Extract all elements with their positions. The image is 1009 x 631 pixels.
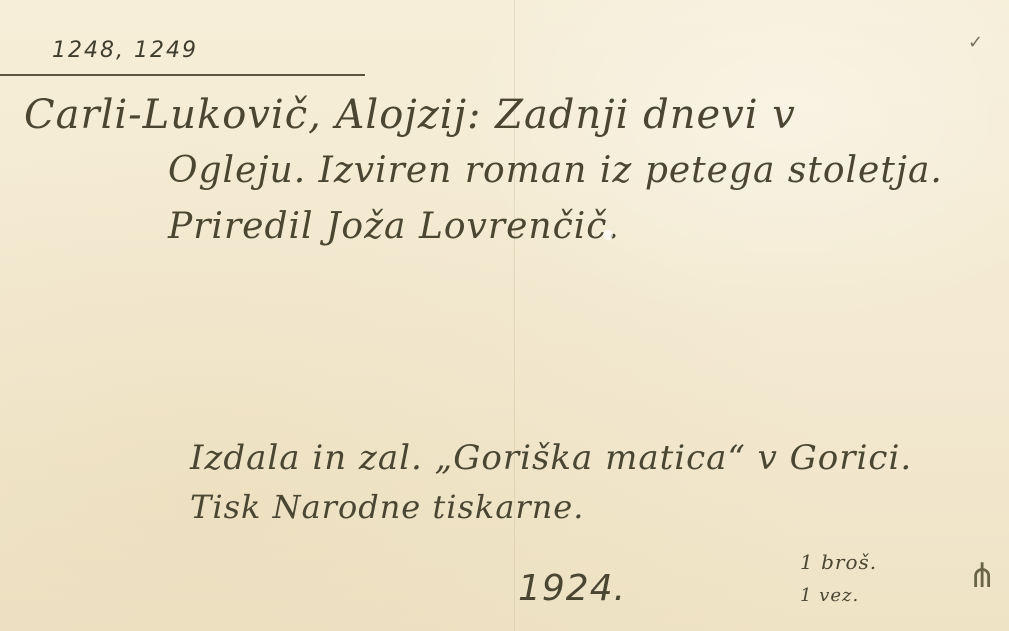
copies-paperback: 1 broš. bbox=[800, 550, 877, 574]
entry-editor: Priredil Joža Lovrenčič. bbox=[168, 206, 620, 247]
publication-year: 1924. bbox=[518, 568, 626, 609]
entry-author-title: Carli-Lukovič, Alojzij: Zadnji dnevi v bbox=[24, 92, 796, 138]
imprint-publisher: Izdala in zal. „Goriška matica“ v Gorici… bbox=[190, 438, 912, 478]
copies-bound: 1 vez. bbox=[800, 585, 859, 606]
corner-mark-icon: ⋔ bbox=[968, 556, 998, 596]
paper-spot bbox=[603, 230, 613, 240]
entry-subtitle: Ogleju. Izviren roman iz petega stoletja… bbox=[168, 150, 943, 191]
check-mark-icon: ✓ bbox=[968, 32, 984, 53]
call-numbers: 1248, 1249 bbox=[52, 38, 198, 63]
header-rule bbox=[0, 74, 365, 76]
imprint-printer: Tisk Narodne tiskarne. bbox=[190, 488, 584, 526]
catalog-card: 1248, 1249 ✓ Carli-Lukovič, Alojzij: Zad… bbox=[0, 0, 1009, 631]
